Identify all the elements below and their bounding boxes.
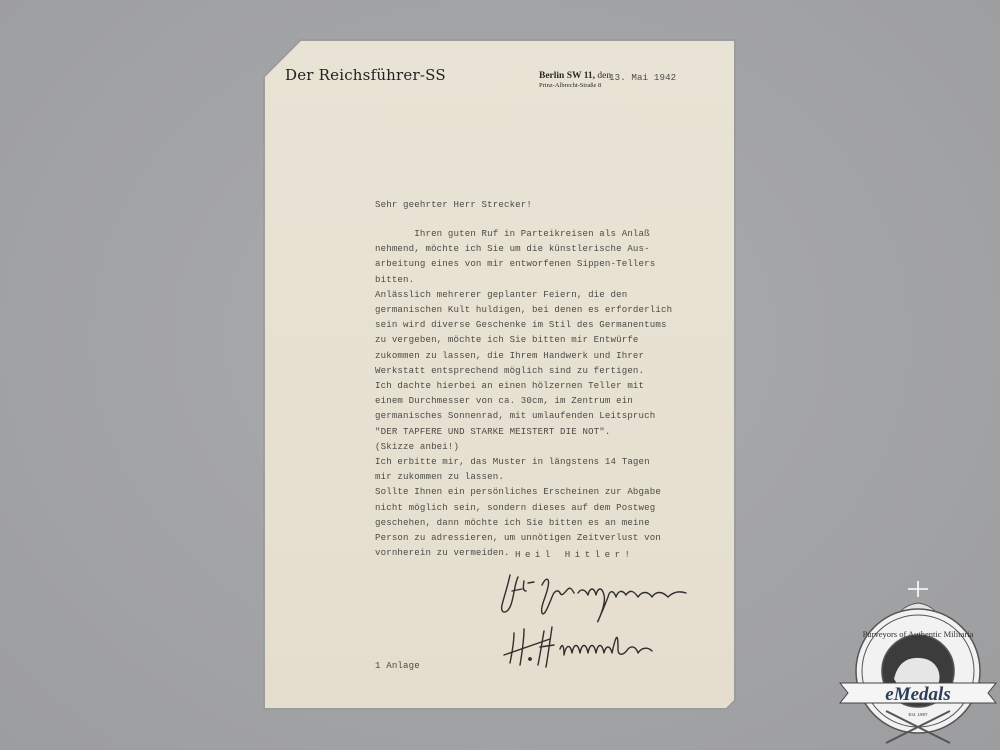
- body-line: nicht möglich sein, sondern dieses auf d…: [375, 500, 672, 515]
- body-line: geschehen, dann möchte ich Sie bitten es…: [375, 515, 672, 530]
- body-line: Anlässlich mehrerer geplanter Feiern, di…: [375, 287, 672, 302]
- body-line: zukommen zu lassen, die Ihrem Handwerk u…: [375, 348, 672, 363]
- address-city: Berlin SW 11,: [539, 71, 595, 81]
- salutation: Sehr geehrter Herr Strecker!: [375, 197, 532, 212]
- watermark-established: Est. 1997: [908, 712, 928, 717]
- body-line: einem Durchmesser von ca. 30cm, im Zentr…: [375, 393, 672, 408]
- body-line: "DER TAPFERE UND STARKE MEISTERT DIE NOT…: [375, 424, 672, 439]
- body-line: mir zukommen zu lassen.: [375, 469, 672, 484]
- body-line: bitten.: [375, 272, 672, 287]
- letter-date: 13. Mai 1942: [609, 70, 676, 85]
- letter-sheet: Der Reichsführer-SS Berlin SW 11, den Pr…: [265, 41, 734, 708]
- body-line: Sollte Ihnen ein persönliches Erscheinen…: [375, 484, 672, 499]
- body-line: Ihren guten Ruf in Parteikreisen als Anl…: [375, 226, 672, 241]
- address-street: Prinz-Albrecht-Straße 8: [539, 82, 611, 89]
- watermark-brand: eMedals: [885, 684, 950, 705]
- letterhead: Der Reichsführer-SS: [285, 66, 446, 84]
- body-line: (Skizze anbei!): [375, 439, 672, 454]
- enclosure-note: 1 Anlage: [375, 658, 420, 673]
- body-line: Ich dachte hierbei an einen hölzernen Te…: [375, 378, 672, 393]
- body-line: nehmend, möchte ich Sie um die künstleri…: [375, 241, 672, 256]
- letter-body: Ihren guten Ruf in Parteikreisen als Anl…: [375, 226, 672, 560]
- body-line: germanisches Sonnenrad, mit umlaufenden …: [375, 408, 672, 423]
- body-line: germanischen Kult huldigen, bei denen es…: [375, 302, 672, 317]
- body-line: arbeitung eines von mir entworfenen Sipp…: [375, 256, 672, 271]
- body-line: zu vergeben, möchte ich Sie bitten mir E…: [375, 332, 672, 347]
- watermark-ring-text: Purveyors of Authentic Militaria: [863, 629, 974, 639]
- body-line: sein wird diverse Geschenke im Stil des …: [375, 317, 672, 332]
- sender-address: Berlin SW 11, den Prinz-Albrecht-Straße …: [539, 71, 611, 89]
- handwritten-signature: [490, 563, 720, 673]
- closing: Heil Hitler!: [515, 547, 635, 562]
- body-line: Person zu adressieren, um unnötigen Zeit…: [375, 530, 672, 545]
- emedals-watermark-logo: Purveyors of Authentic Militaria eMedals…: [838, 575, 998, 747]
- body-line: Ich erbitte mir, das Muster in längstens…: [375, 454, 672, 469]
- body-line: Werkstatt entsprechend möglich sind zu f…: [375, 363, 672, 378]
